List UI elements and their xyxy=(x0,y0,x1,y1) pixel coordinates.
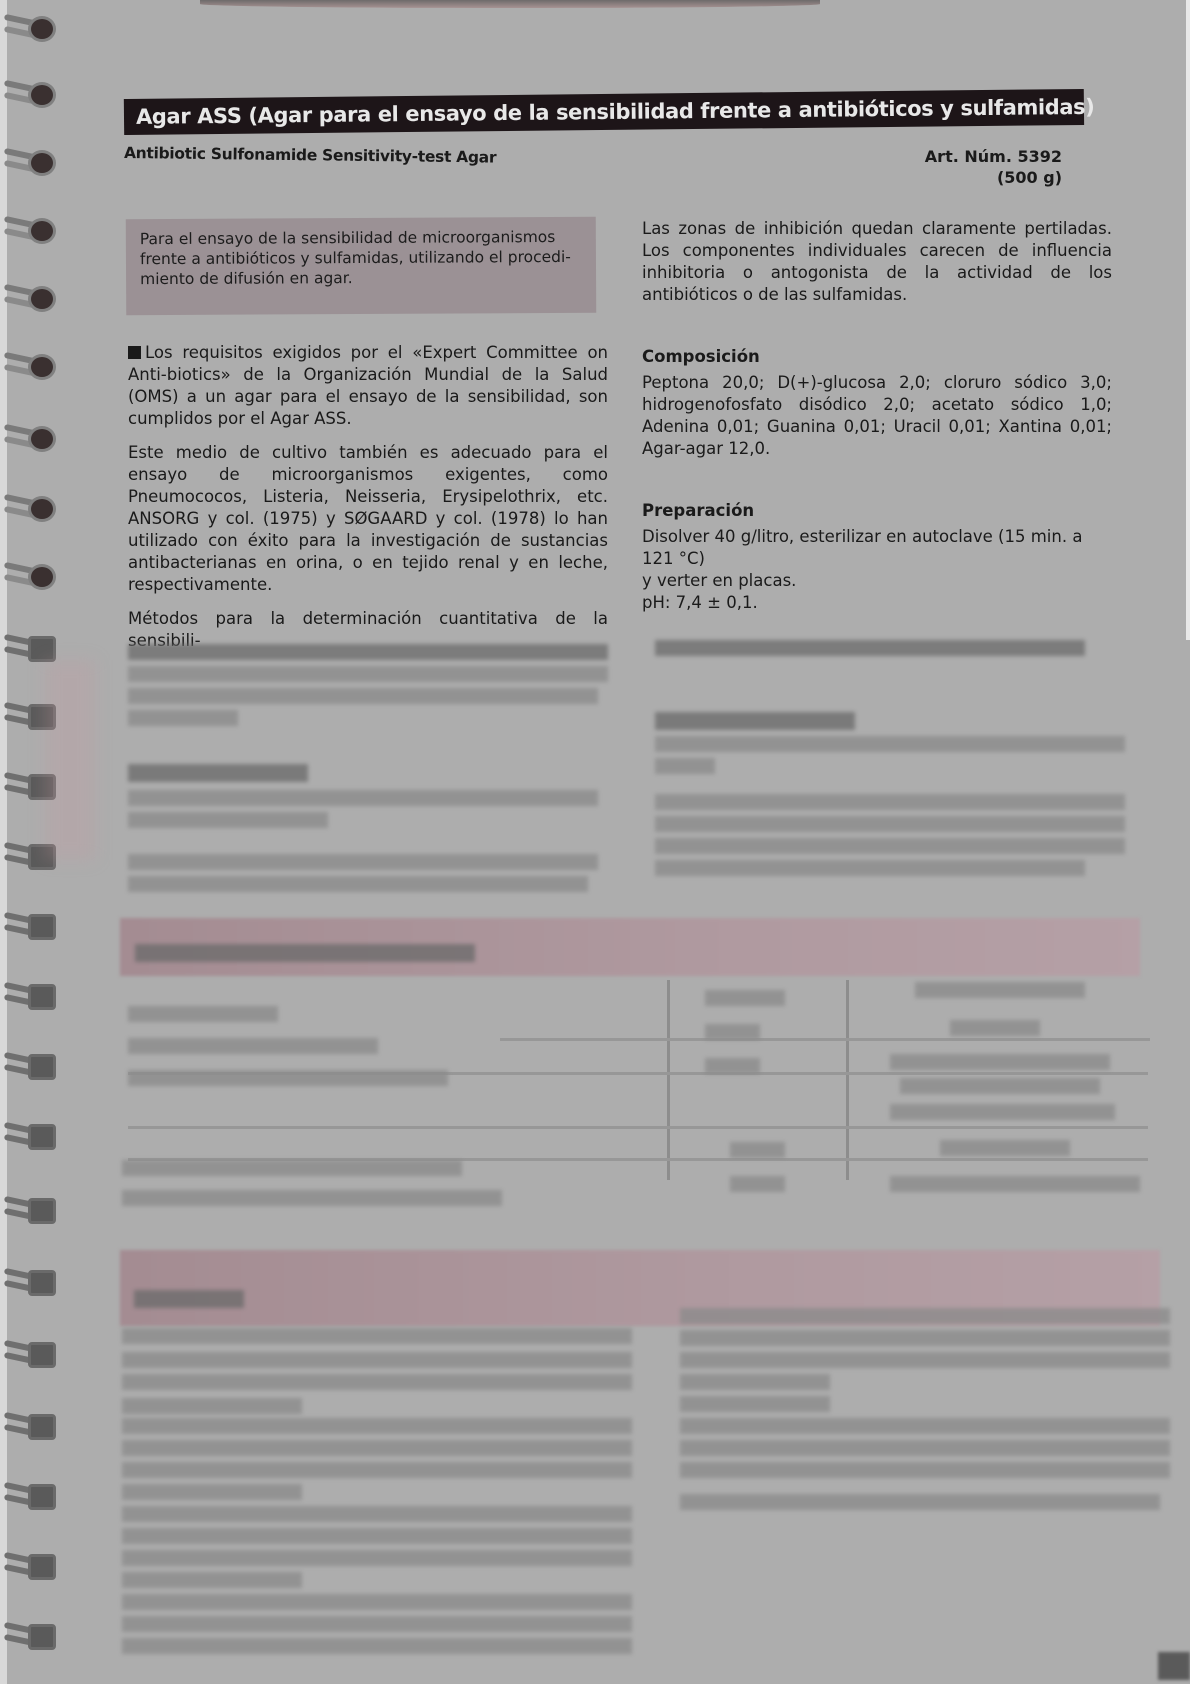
obscured-block xyxy=(940,1140,1070,1156)
obscured-block xyxy=(122,1638,632,1654)
obscured-block xyxy=(655,758,715,774)
section-preparation: Preparación Disolver 40 g/litro, esteril… xyxy=(642,500,1112,614)
paragraph-requirements: Los requisitos exigidos por el «Expert C… xyxy=(128,342,608,430)
spiral-ring xyxy=(4,494,56,524)
document-subtitle: Antibiotic Sulfonamide Sensitivity-test … xyxy=(124,144,496,167)
pink-smear xyxy=(45,660,95,860)
obscured-block xyxy=(122,1328,632,1344)
obscured-block xyxy=(680,1374,830,1390)
obscured-block xyxy=(128,854,598,870)
obscured-block xyxy=(128,790,598,806)
document-page: Agar ASS (Agar para el ensayo de la sens… xyxy=(0,0,1190,1684)
obscured-block xyxy=(500,1038,1150,1041)
spiral-ring xyxy=(4,284,56,314)
preparation-line: Disolver 40 g/litro, esterilizar en auto… xyxy=(642,526,1112,570)
obscured-block xyxy=(655,736,1125,752)
obscured-block xyxy=(128,1038,378,1054)
preparation-heading: Preparación xyxy=(642,500,1112,522)
obscured-block xyxy=(128,710,238,726)
document-title: Agar ASS (Agar para el ensayo de la sens… xyxy=(124,89,1084,135)
obscured-block xyxy=(680,1352,1170,1368)
article-number-block: Art. Núm. 5392 (500 g) xyxy=(925,146,1062,188)
obscured-block xyxy=(890,1104,1115,1120)
obscured-block xyxy=(122,1160,462,1176)
obscured-block xyxy=(128,666,608,682)
obscured-block xyxy=(128,1126,1148,1129)
page-top-shadow xyxy=(200,0,820,8)
spiral-ring xyxy=(4,216,56,246)
obscured-block xyxy=(915,982,1085,998)
paragraph-inhibition-zones: Las zonas de inhibición quedan clarament… xyxy=(642,218,1112,306)
obscured-block xyxy=(680,1418,1170,1434)
obscured-block xyxy=(890,1176,1140,1192)
intro-text: Para el ensayo de la sensibilidad de mic… xyxy=(140,228,571,288)
obscured-block xyxy=(680,1396,830,1412)
obscured-block xyxy=(655,640,1085,656)
obscured-block xyxy=(122,1190,502,1206)
spiral-ring xyxy=(4,80,56,110)
obscured-block xyxy=(655,860,1085,876)
spiral-ring xyxy=(4,424,56,454)
section-composition: Composición Peptona 20,0; D(+)-glucosa 2… xyxy=(642,346,1112,460)
obscured-block xyxy=(128,1006,278,1022)
obscured-block xyxy=(655,712,855,730)
obscured-block xyxy=(655,838,1125,854)
obscured-block xyxy=(135,944,475,962)
obscured-block xyxy=(730,1176,785,1192)
obscured-block xyxy=(128,876,588,892)
obscured-block xyxy=(680,1494,1160,1510)
obscured-block xyxy=(122,1506,632,1522)
obscured-block xyxy=(705,1024,760,1040)
obscured-block xyxy=(900,1078,1100,1094)
spiral-ring xyxy=(4,14,56,44)
square-bullet-icon xyxy=(128,346,141,359)
article-number: Art. Núm. 5392 xyxy=(925,146,1062,167)
obscured-block xyxy=(950,1020,1040,1036)
obscured-block xyxy=(705,990,785,1006)
obscured-block xyxy=(680,1308,1170,1324)
obscured-block xyxy=(128,812,328,828)
obscured-block xyxy=(128,688,598,704)
right-column: Las zonas de inhibición quedan clarament… xyxy=(642,218,1112,614)
obscured-block xyxy=(128,1070,448,1086)
spiral-ring xyxy=(4,352,56,382)
obscured-block xyxy=(122,1352,632,1368)
obscured-block xyxy=(122,1616,632,1632)
obscured-block xyxy=(680,1330,1170,1346)
package-size: (500 g) xyxy=(925,167,1062,188)
obscured-block xyxy=(122,1374,632,1390)
obscured-block xyxy=(846,980,849,1180)
spiral-ring xyxy=(4,148,56,178)
obscured-block xyxy=(128,644,608,660)
obscured-block xyxy=(122,1462,632,1478)
obscured-region xyxy=(0,642,1190,1684)
obscured-block xyxy=(122,1550,632,1566)
obscured-block xyxy=(667,980,670,1180)
obscured-block xyxy=(134,1290,244,1308)
obscured-block xyxy=(705,1058,760,1074)
obscured-block xyxy=(122,1440,632,1456)
obscured-block xyxy=(122,1484,302,1500)
obscured-block xyxy=(655,794,1125,810)
paragraph-usage: Este medio de cultivo también es adecuad… xyxy=(128,442,608,596)
composition-text: Peptona 20,0; D(+)-glucosa 2,0; cloruro … xyxy=(642,372,1112,460)
obscured-block xyxy=(122,1572,302,1588)
obscured-block xyxy=(122,1398,302,1414)
composition-heading: Composición xyxy=(642,346,1112,368)
left-column: Los requisitos exigidos por el «Expert C… xyxy=(128,342,608,664)
preparation-line: pH: 7,4 ± 0,1. xyxy=(642,592,1112,614)
intro-box: Para el ensayo de la sensibilidad de mic… xyxy=(126,217,596,315)
page-edge-right xyxy=(1186,0,1190,640)
obscured-block xyxy=(122,1418,632,1434)
obscured-block xyxy=(655,816,1125,832)
obscured-block xyxy=(680,1462,1170,1478)
obscured-block xyxy=(730,1142,785,1158)
obscured-block xyxy=(890,1054,1110,1070)
obscured-block xyxy=(122,1528,632,1544)
obscured-block xyxy=(122,1594,632,1610)
obscured-block xyxy=(680,1440,1170,1456)
spiral-ring xyxy=(4,562,56,592)
preparation-line: y verter en placas. xyxy=(642,570,1112,592)
obscured-block xyxy=(128,764,308,782)
page-number-obscured xyxy=(1158,1652,1190,1680)
